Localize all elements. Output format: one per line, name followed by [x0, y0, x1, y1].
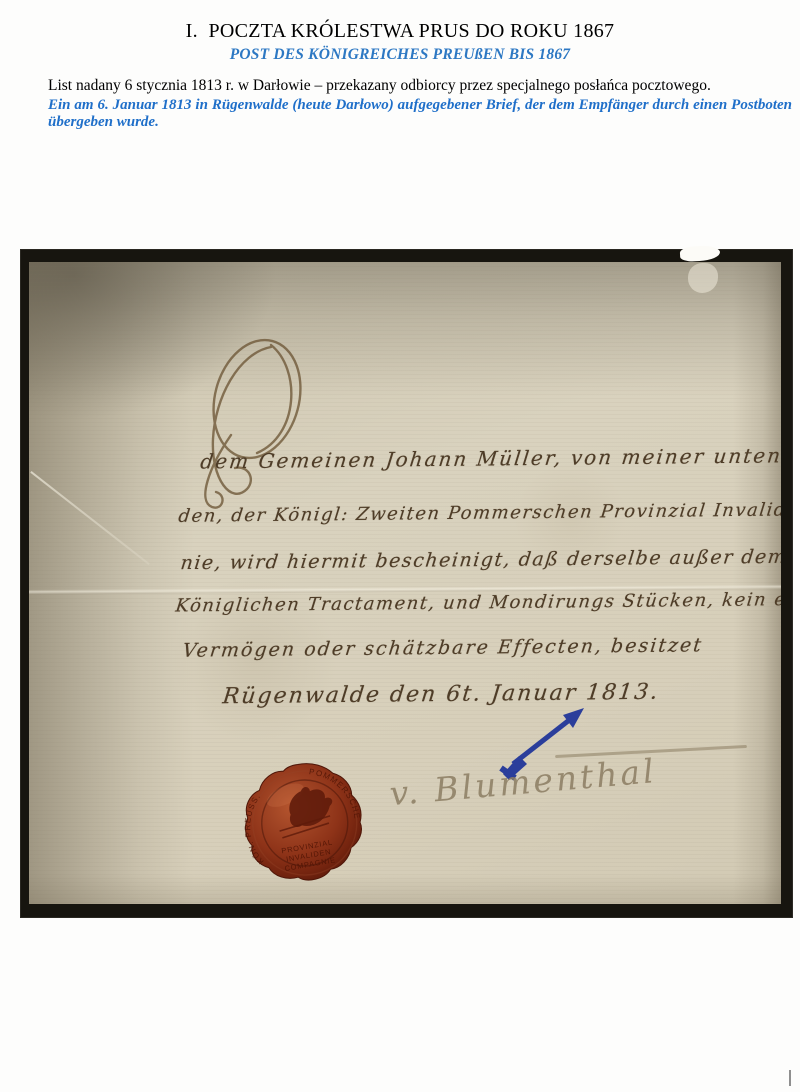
calligraphic-flourish-icon: [159, 307, 319, 522]
page-subtitle: POST DES KÖNIGREICHES PREUßEN BIS 1867: [0, 46, 800, 64]
exhibit-page: I. POCZTA KRÓLESTWA PRUS DO ROKU 1867 PO…: [0, 0, 800, 1092]
page-header: I. POCZTA KRÓLESTWA PRUS DO ROKU 1867 PO…: [0, 20, 800, 64]
description-german: Ein am 6. Januar 1813 in Rügenwalde (heu…: [48, 97, 792, 131]
scan-edge-artifact: [789, 1070, 791, 1086]
page-title: I. POCZTA KRÓLESTWA PRUS DO ROKU 1867: [0, 20, 800, 43]
description-block: List nadany 6 stycznia 1813 r. w Darłowi…: [48, 77, 792, 131]
scan-damage-spot: [680, 245, 721, 262]
handwritten-line: Vermögen oder schätzbare Effecten, besit…: [181, 634, 704, 661]
wax-seal: KÖN. PREUSS. POMMERSCHE PROVINZIAL INVAL…: [234, 754, 377, 897]
letter-scan: dem Gemeinen Johann Müller, von meiner u…: [20, 249, 793, 918]
letter-paper: dem Gemeinen Johann Müller, von meiner u…: [29, 262, 781, 904]
description-polish: List nadany 6 stycznia 1813 r. w Darłowi…: [48, 77, 792, 95]
handwritten-line: nie, wird hiermit bescheinigt, daß derse…: [179, 546, 781, 574]
paper-diagonal-crease: [30, 471, 149, 565]
